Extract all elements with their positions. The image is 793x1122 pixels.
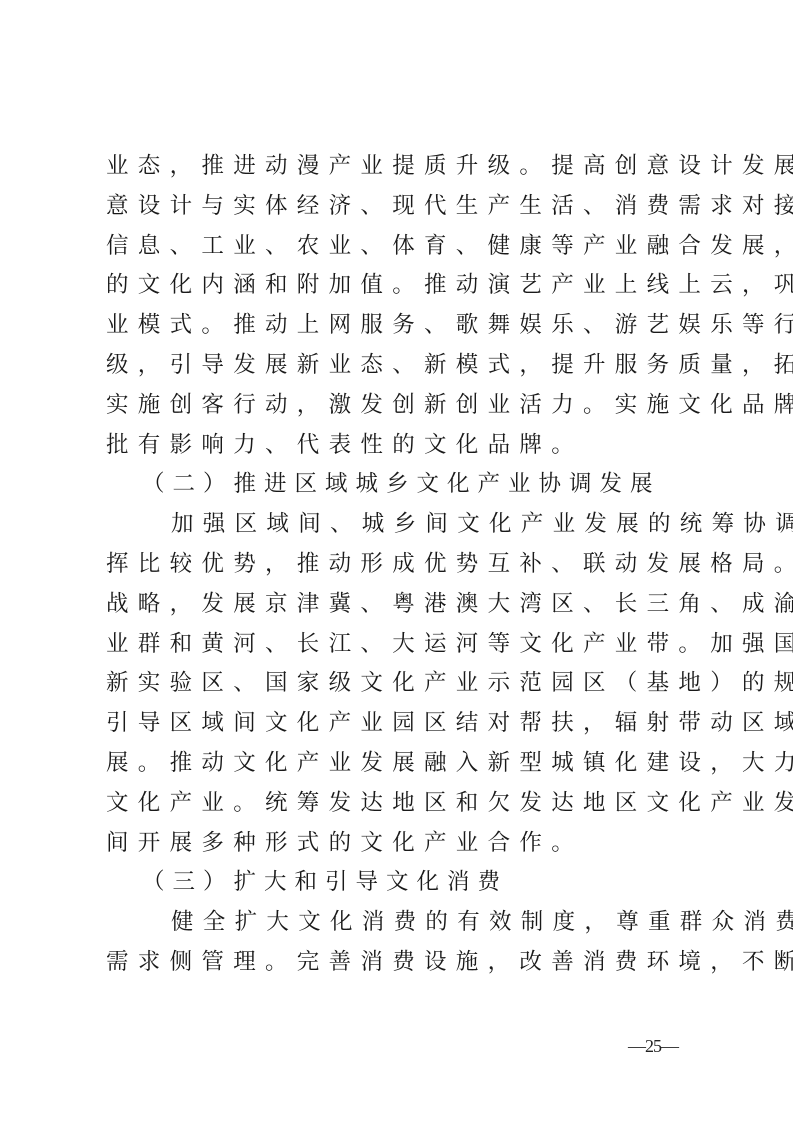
document-page: 业态，推进动漫产业提质升级。提高创意设计发展水平，促进创 意设计与实体经济、现代… <box>0 0 793 1122</box>
text-line: 新实验区、国家级文化产业示范园区（基地）的规划建设和管理， <box>106 664 696 704</box>
section-heading-3: （三）扩大和引导文化消费 <box>106 863 696 903</box>
text-line: 业态，推进动漫产业提质升级。提高创意设计发展水平，促进创 <box>106 147 696 187</box>
text-line: 批有影响力、代表性的文化品牌。 <box>106 426 696 466</box>
body-text: 业态，推进动漫产业提质升级。提高创意设计发展水平，促进创 意设计与实体经济、现代… <box>106 147 696 983</box>
text-line: 意设计与实体经济、现代生产生活、消费需求对接。推进文化与 <box>106 187 696 227</box>
text-line: 文化产业。统筹发达地区和欠发达地区文化产业发展，鼓励区域 <box>106 784 696 824</box>
text-line: 战略，发展京津冀、粤港澳大湾区、长三角、成渝双城等文化产 <box>106 585 696 625</box>
text-line: 引导区域间文化产业园区结对帮扶，辐射带动区域文化产业发 <box>106 704 696 744</box>
text-line: 实施创客行动，激发创新创业活力。实施文化品牌战略，打造一 <box>106 386 696 426</box>
text-line: 信息、工业、农业、体育、健康等产业融合发展，提高相关产业 <box>106 227 696 267</box>
section-heading-2: （二）推进区域城乡文化产业协调发展 <box>106 465 696 505</box>
text-line: 展。推动文化产业发展融入新型城镇化建设，大力发展乡村特色 <box>106 744 696 784</box>
text-line: 需求侧管理。完善消费设施，改善消费环境，不断提升文化消费 <box>106 943 696 983</box>
text-line: 加强区域间、城乡间文化产业发展的统筹协调，鼓励各地发 <box>106 505 696 545</box>
text-line: 级，引导发展新业态、新模式，提升服务质量，拓展服务人群。 <box>106 346 696 386</box>
page-number: —25— <box>628 1036 678 1057</box>
text-line: 健全扩大文化消费的有效制度，尊重群众消费选择权，加强 <box>106 903 696 943</box>
text-line: 间开展多种形式的文化产业合作。 <box>106 824 696 864</box>
text-line: 挥比较优势，推动形成优势互补、联动发展格局。围绕国家重大 <box>106 545 696 585</box>
text-line: 业群和黄河、长江、大运河等文化产业带。加强国家文化产业创 <box>106 625 696 665</box>
text-line: 业模式。推动上网服务、歌舞娱乐、游艺娱乐等行业全面转型升 <box>106 306 696 346</box>
text-line: 的文化内涵和附加值。推动演艺产业上线上云，巩固线上演播商 <box>106 266 696 306</box>
